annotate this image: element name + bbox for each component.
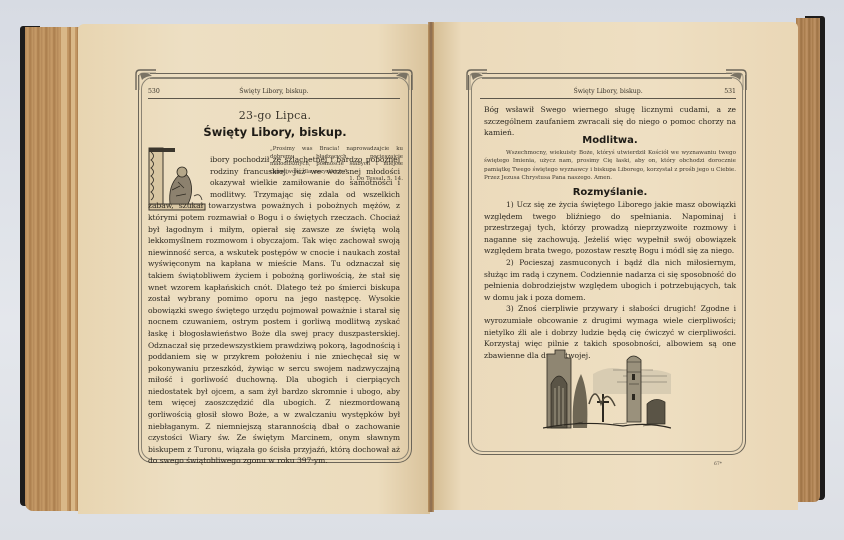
intro-paragraph: Bóg wsławił Swego wiernego sługę licznym… (484, 104, 736, 139)
meditation-points: 1) Ucz się ze życia świętego Liborego ja… (484, 199, 736, 361)
book-gutter (428, 22, 434, 512)
right-running-head: Święty Libory, biskup. 531 (480, 88, 736, 95)
corner-ornament-icon (134, 68, 156, 90)
header-rule (480, 98, 736, 99)
left-body-text: ibory pochodził ze szlachetnej i bardzo … (148, 154, 400, 467)
engraving-ruins-illustration (543, 344, 671, 430)
corner-ornament-icon (465, 68, 487, 90)
page-edges-left (25, 27, 85, 511)
signature-mark: 67* (714, 462, 722, 467)
page-number: 530 (148, 88, 160, 95)
meditation-heading: Rozmyślanie. (484, 187, 736, 198)
page-number: 531 (724, 88, 736, 95)
page-edges-right (796, 18, 820, 502)
saint-title: Święty Libory, biskup. (150, 125, 400, 139)
meditation-point-1: 1) Ucz się ze życia świętego Liborego ja… (484, 199, 736, 257)
left-running-head: 530 Święty Libory, biskup. (148, 88, 400, 95)
prayer-heading: Modlitwa. (484, 135, 736, 146)
meditation-point-2: 2) Pocieszaj zasmuconych i bądź dla nich… (484, 257, 736, 303)
header-rule (148, 98, 400, 99)
prayer-text: Wszechmocny, wiekuisty Boże, któryś utwi… (484, 149, 736, 183)
biography-paragraph: ibory pochodził ze szlachetnej i bardzo … (148, 154, 400, 467)
feast-date: 23-go Lipca. (150, 109, 400, 122)
running-head-title: Święty Libory, biskup. (492, 88, 724, 95)
running-head-title: Święty Libory, biskup. (160, 88, 388, 95)
corner-ornament-icon (726, 68, 748, 90)
corner-ornament-icon (392, 68, 414, 90)
